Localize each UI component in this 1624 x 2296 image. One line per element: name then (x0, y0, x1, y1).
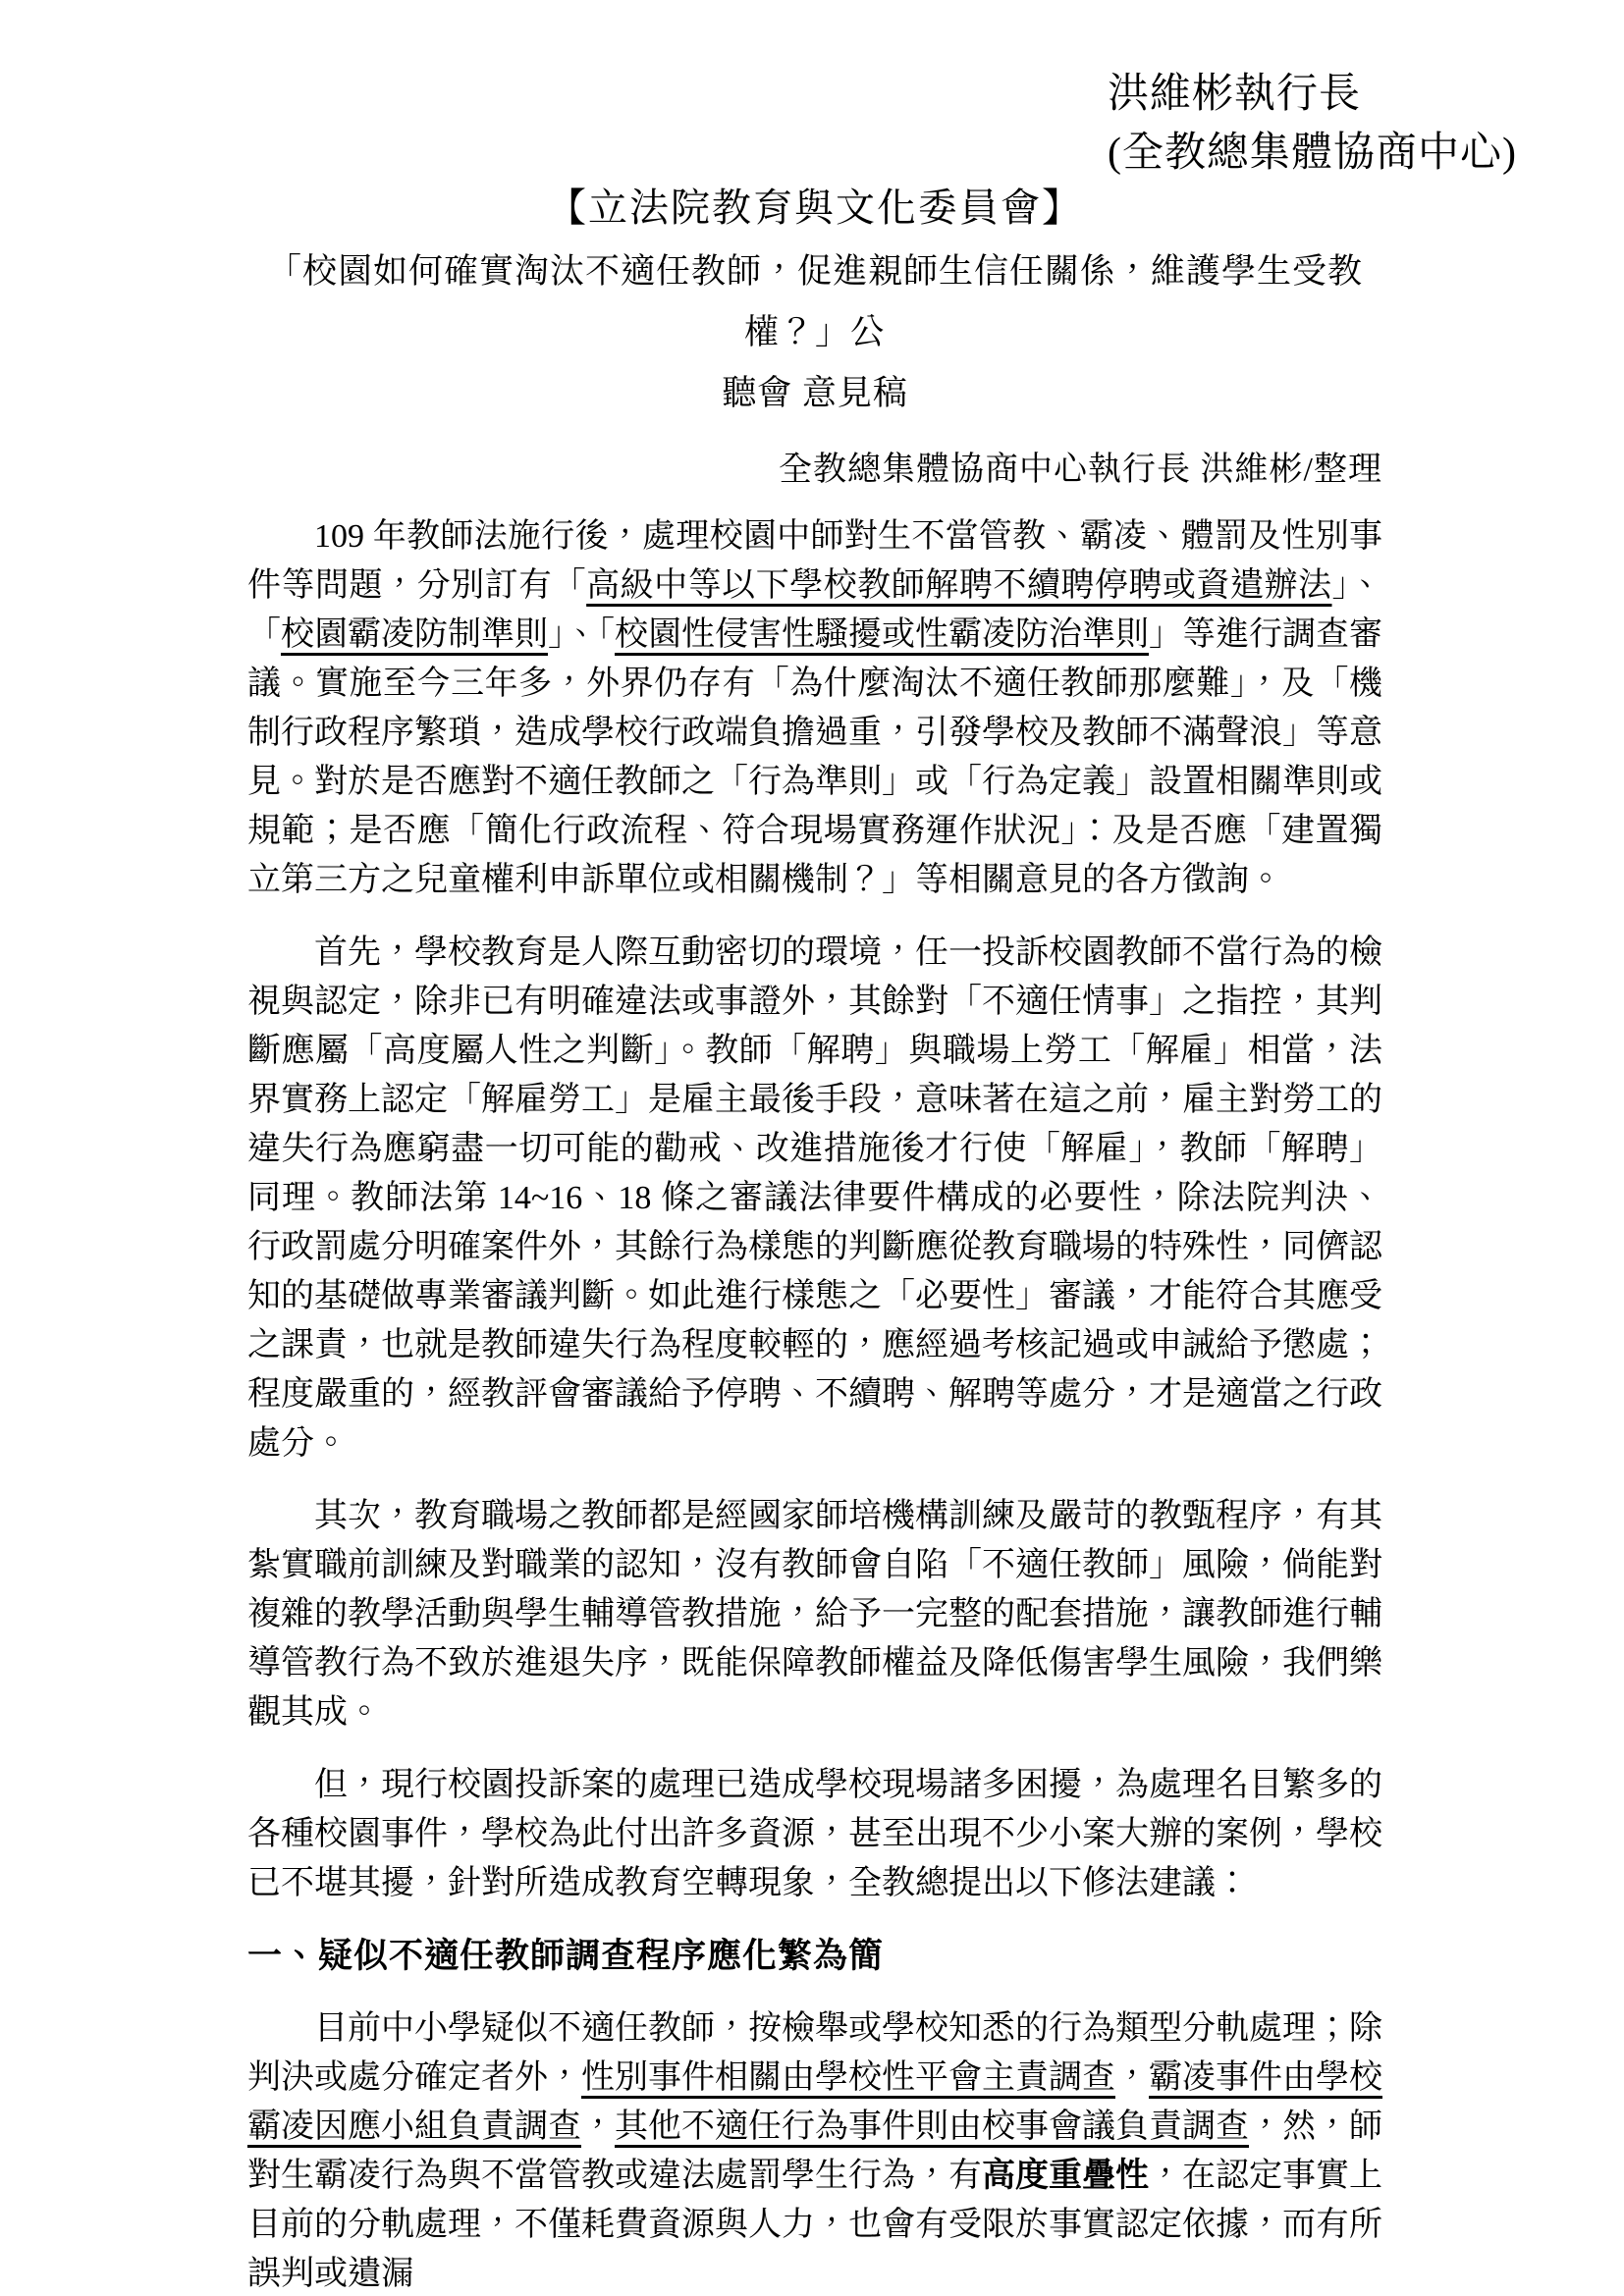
text-run: ， (581, 2109, 615, 2145)
section-heading: 一、疑似不適任教師調查程序應化繁為簡 (247, 1932, 1382, 1981)
document-body: 109 年教師法施行後，處理校園中師對生不當管教、霸凌、體罰及性別事件等問題，分… (247, 512, 1382, 2296)
body-paragraph: 首先，學校教育是人際互動密切的環境，任一投訴校園教師不當行為的檢視與認定，除非已… (247, 929, 1382, 1468)
text-run: 」等進行調查審議。實施至今三年多，外界仍存有「為什麼淘汰不適任教師那麼難」，及「… (247, 616, 1382, 898)
body-paragraph: 其次，教育職場之教師都是經國家師培機構訓練及嚴苛的教甄程序，有其紮實職前訓練及對… (247, 1492, 1382, 1737)
underlined-text: 其他不適任行為事件則由校事會議負責調查 (615, 2109, 1249, 2145)
text-run: 其次，教育職場之教師都是經國家師培機構訓練及嚴苛的教甄程序，有其紮實職前訓練及對… (247, 1498, 1382, 1731)
text-run: 」、「 (548, 616, 615, 653)
document-title: 【立法院教育與文化委員會】 (247, 183, 1382, 234)
document-page: 洪維彬執行長 (全教總集體協商中心) 【立法院教育與文化委員會】 「校園如何確實… (0, 0, 1624, 2296)
text-run: 一、疑似不適任教師調查程序應化繁為簡 (247, 1937, 884, 1975)
document-content: 【立法院教育與文化委員會】 「校園如何確實淘汰不適任教師，促進親師生信任關係，維… (0, 183, 1624, 2296)
bold-text: 高度重疊性 (982, 2158, 1149, 2194)
body-paragraph: 但，現行校園投訴案的處理已造成學校現場諸多困擾，為處理名目繁多的各種校園事件，學… (247, 1761, 1382, 1908)
underlined-text: 校園性侵害性騷擾或性霸凌防治準則 (615, 616, 1149, 653)
subtitle-line-1: 「校園如何確實淘汰不適任教師，促進親師生信任關係，維護學生受教權？」公 (247, 241, 1382, 363)
subtitle-line-2: 聽會 意見稿 (247, 363, 1382, 424)
document-subtitle: 「校園如何確實淘汰不適任教師，促進親師生信任關係，維護學生受教權？」公 聽會 意… (247, 241, 1382, 424)
annotation-line-1: 洪維彬執行長 (1108, 65, 1517, 124)
text-run: ， (1115, 2059, 1149, 2096)
underlined-text: 高級中等以下學校教師解聘不續聘停聘或資遣辦法 (586, 567, 1331, 604)
text-run: 首先，學校教育是人際互動密切的環境，任一投訴校園教師不當行為的檢視與認定，除非已… (247, 934, 1382, 1462)
underlined-text: 性別事件相關由學校性平會主責調查 (581, 2059, 1115, 2096)
underlined-text: 校園霸凌防制準則 (281, 616, 548, 653)
body-paragraph: 109 年教師法施行後，處理校園中師對生不當管教、霸凌、體罰及性別事件等問題，分… (247, 512, 1382, 905)
text-run: 但，現行校園投訴案的處理已造成學校現場諸多困擾，為處理名目繁多的各種校園事件，學… (247, 1767, 1382, 1901)
header-annotation: 洪維彬執行長 (全教總集體協商中心) (1108, 65, 1517, 183)
body-paragraph: 目前中小學疑似不適任教師，按檢舉或學校知悉的行為類型分軌處理；除判決或處分確定者… (247, 2004, 1382, 2296)
annotation-line-2: (全教總集體協商中心) (1108, 124, 1517, 183)
byline: 全教總集體協商中心執行長 洪維彬/整理 (247, 446, 1382, 495)
